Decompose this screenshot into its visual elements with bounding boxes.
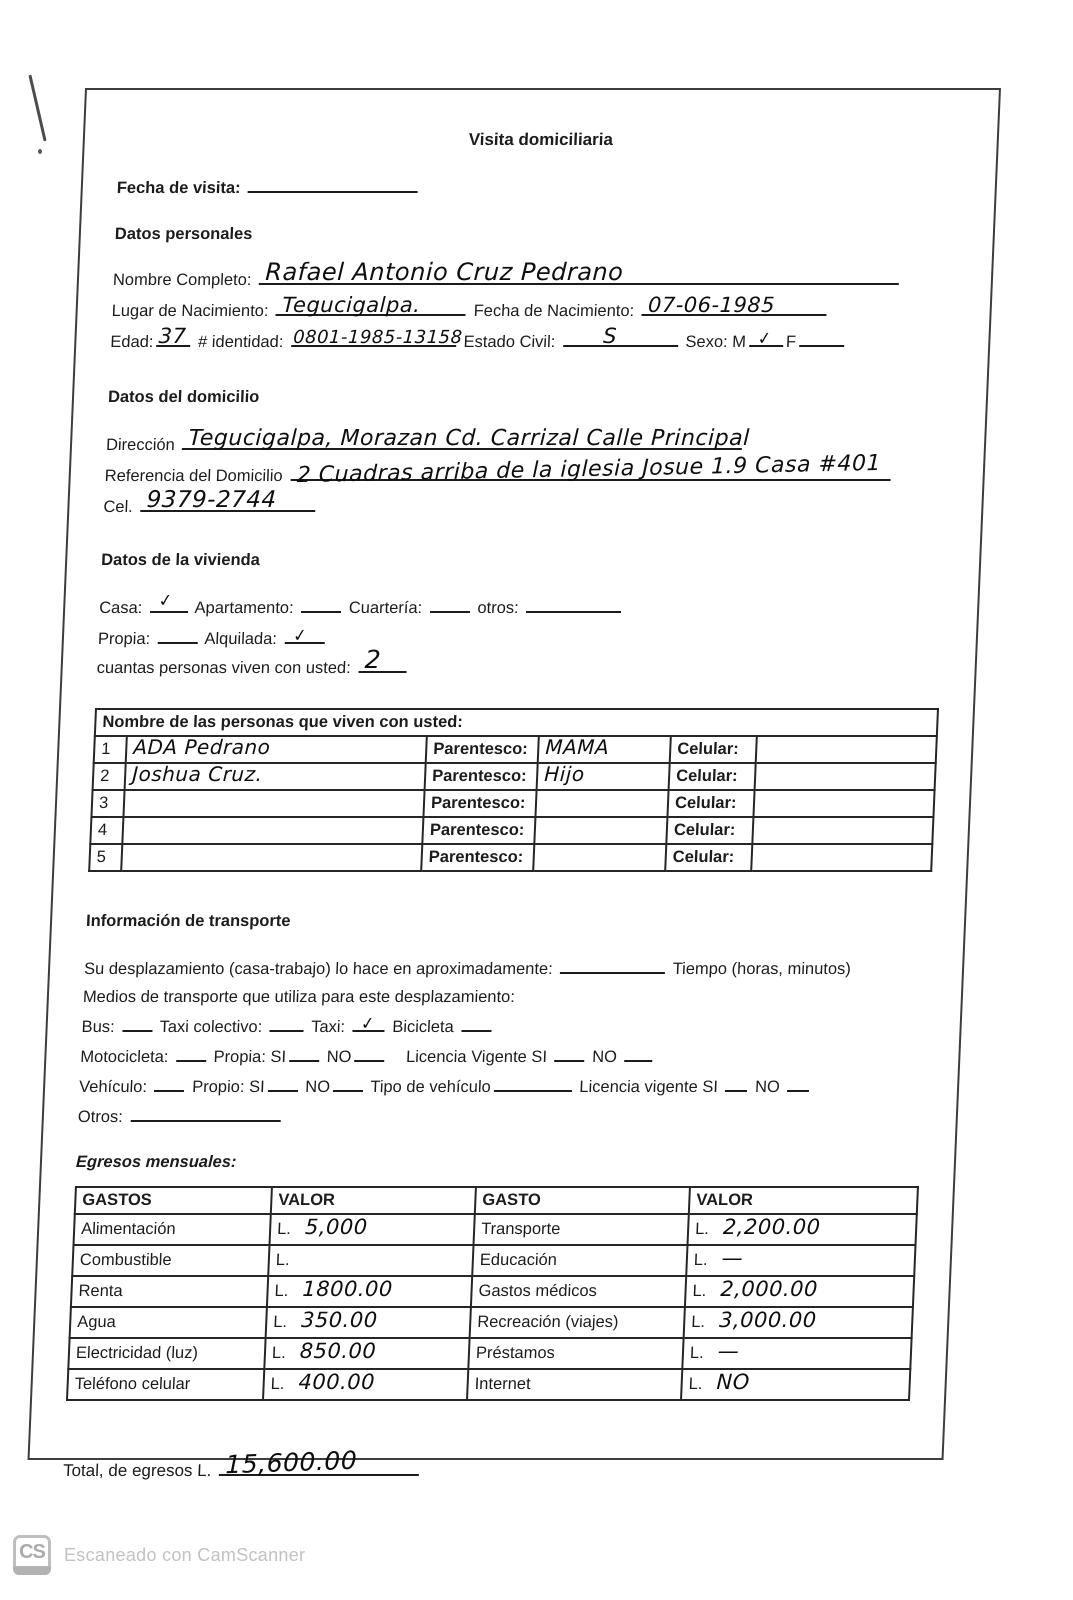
egresos-valor-cell: L.400.00 [263, 1369, 468, 1400]
desplazamiento-blank [560, 957, 666, 974]
total-egresos-line: Total, de egresos L. 15,600.00 [63, 1459, 908, 1481]
egresos-valor2-cell-handwriting: — [718, 1346, 740, 1356]
vehiculo-propio-si-label: Propio: SI [192, 1078, 265, 1096]
propia-blank [158, 627, 199, 644]
parentesco-value-cell [534, 817, 667, 844]
sexo-m-blank: ✓ [749, 330, 784, 347]
household-name-cell: Joshua Cruz. [125, 763, 426, 790]
nombre-blank: Rafael Antonio Cruz Pedrano [259, 268, 900, 285]
lugar-value: Tegucigalpa. [282, 293, 421, 317]
parentesco-label: Parentesco: [423, 790, 536, 817]
egresos-valor2-cell-handwriting: 2,000.00 [720, 1284, 818, 1294]
estado-civil-blank: S [563, 330, 679, 347]
egresos-header-gasto: GASTO [475, 1187, 690, 1214]
lugar-label: Lugar de Nacimiento: [111, 302, 269, 320]
celular-value-cell [755, 763, 936, 790]
fecha-nacimiento-value: 07-06-1985 [648, 293, 776, 317]
egresos-valor2-cell: L.2,000.00 [685, 1276, 914, 1307]
egresos-gasto-cell: Teléfono celular [67, 1369, 264, 1400]
currency-prefix: L. [694, 1251, 709, 1269]
currency-prefix: L. [690, 1344, 705, 1362]
otros-transporte-blank [130, 1105, 281, 1122]
desplazamiento-line: Su desplazamiento (casa-trabajo) lo hace… [84, 957, 929, 979]
section-egresos: Egresos mensuales: [76, 1153, 921, 1172]
egresos-gasto2-cell: Préstamos [468, 1338, 683, 1369]
referencia-value: 2 Cuadras arriba de la iglesia Josue 1.9… [296, 451, 881, 488]
direccion-blank: Tegucigalpa, Morazan Cd. Carrizal Calle … [182, 433, 743, 450]
sexo-label: Sexo: M [685, 333, 746, 351]
egresos-table: GASTOS VALOR GASTO VALOR AlimentaciónL.5… [66, 1186, 919, 1401]
parentesco-value-cell [533, 844, 666, 871]
motocicleta-blank [176, 1045, 207, 1062]
cel-line: Cel. 9379-2744 [103, 495, 948, 517]
egresos-gasto2-cell: Internet [467, 1369, 682, 1400]
household-name-cell-handwriting: Joshua Cruz. [132, 768, 263, 780]
moto-licencia-label: Licencia Vigente SI [406, 1048, 548, 1066]
tipo-vivienda-line: Casa: ✓ Apartamento: Cuartería: otros: [99, 596, 944, 618]
estado-civil-label: Estado Civil: [463, 333, 555, 351]
egresos-gasto2-cell: Transporte [474, 1214, 689, 1245]
household-row-number: 1 [94, 736, 127, 763]
egresos-valor-cell: L.850.00 [264, 1338, 469, 1369]
egresos-gasto2-cell: Gastos médicos [471, 1276, 686, 1307]
celular-label: Celular: [667, 790, 754, 817]
celular-value-cell [753, 790, 934, 817]
total-egresos-blank: 15,600.00 [219, 1459, 420, 1476]
parentesco-label: Parentesco: [426, 736, 539, 763]
household-name-cell [121, 844, 422, 871]
household-row-number: 2 [93, 763, 126, 790]
identidad-value: 0801-1985-13158 [293, 327, 463, 348]
identidad-label: # identidad: [198, 333, 284, 351]
propia-label: Propia: [98, 630, 151, 648]
egresos-header-row: GASTOS VALOR GASTO VALOR [75, 1187, 918, 1214]
edad-blank: 37 [156, 330, 191, 347]
casa-label: Casa: [99, 599, 143, 617]
personas-value: 2 [364, 645, 382, 674]
vehiculo-no-blank [333, 1075, 364, 1092]
household-row: 2Joshua Cruz.Parentesco:HijoCelular: [93, 763, 936, 790]
celular-value-cell [756, 736, 937, 763]
otros-vivienda-blank [526, 596, 622, 613]
egresos-valor2-cell: L.3,000.00 [684, 1307, 913, 1338]
egresos-gasto2-cell: Educación [472, 1245, 687, 1276]
form-title: Visita domiciliaria [118, 130, 963, 150]
taxi-colectivo-blank [270, 1015, 305, 1032]
moto-licencia-si-blank [554, 1045, 585, 1062]
celular-label: Celular: [666, 817, 753, 844]
egresos-gasto2-cell: Recreación (viajes) [470, 1307, 685, 1338]
otros-transporte-label: Otros: [77, 1108, 123, 1126]
total-egresos-value: 15,600.00 [225, 1446, 357, 1480]
moto-licencia-no-blank [624, 1045, 653, 1062]
household-row-number: 4 [90, 817, 123, 844]
vehiculo-licencia-no-blank [787, 1075, 810, 1092]
fecha-visita-label: Fecha de visita: [116, 179, 241, 197]
vehiculo-line: Vehículo: Propio: SI NO Tipo de vehículo… [79, 1075, 924, 1097]
currency-prefix: L. [270, 1375, 285, 1393]
parentesco-value-cell: Hijo [537, 763, 670, 790]
egresos-valor2-cell-handwriting: 3,000.00 [719, 1315, 817, 1325]
edad-label: Edad: [110, 333, 154, 351]
camscanner-icon: CS [13, 1535, 51, 1575]
moto-licencia-no-label: NO [592, 1048, 618, 1066]
egresos-row: Teléfono celularL.400.00InternetL.NO [67, 1369, 910, 1400]
celular-label: Celular: [670, 736, 757, 763]
egresos-valor2-cell: L.— [686, 1245, 915, 1276]
bus-blank [122, 1015, 153, 1032]
currency-prefix: L. [688, 1375, 703, 1393]
bicicleta-blank [461, 1015, 492, 1032]
paper-shadow-artifact [0, 0, 32, 214]
sexo-f-label: F [786, 333, 797, 351]
moto-si-blank [289, 1045, 320, 1062]
section-info-transporte: Información de transporte [86, 912, 931, 931]
taxi-blank: ✓ [352, 1015, 385, 1032]
motocicleta-line: Motocicleta: Propia: SI NO Licencia Vige… [80, 1045, 925, 1067]
vehiculo-licencia-label: Licencia vigente SI [579, 1078, 718, 1096]
fecha-visita-line: Fecha de visita: [116, 176, 961, 198]
nombre-value: Rafael Antonio Cruz Pedrano [265, 258, 624, 286]
tipo-vehiculo-blank [494, 1075, 573, 1092]
pen-clip-artifact [28, 75, 46, 142]
desplazamiento-label: Su desplazamiento (casa-trabajo) lo hace… [84, 960, 553, 978]
cel-label: Cel. [103, 498, 133, 516]
currency-prefix: L. [273, 1313, 288, 1331]
otros-transporte-line: Otros: [77, 1105, 922, 1127]
nombre-line: Nombre Completo: Rafael Antonio Cruz Ped… [113, 268, 958, 290]
taxi-colectivo-label: Taxi colectivo: [159, 1018, 262, 1036]
casa-check: ✓ [157, 590, 173, 612]
vehiculo-no-label: NO [305, 1078, 331, 1096]
vehiculo-licencia-no-label: NO [755, 1078, 781, 1096]
moto-propia-si-label: Propia: SI [213, 1048, 286, 1066]
camscanner-icon-bar [13, 1566, 51, 1575]
total-egresos-label: Total, de egresos L. [63, 1461, 212, 1480]
currency-prefix: L. [692, 1282, 707, 1300]
egresos-header-valor1: VALOR [271, 1187, 476, 1214]
otros-vivienda-label: otros: [477, 599, 519, 617]
referencia-label: Referencia del Domicilio [104, 467, 283, 485]
egresos-valor-cell: L. [268, 1245, 473, 1276]
fecha-nacimiento-label: Fecha de Nacimiento: [473, 302, 634, 320]
referencia-blank: 2 Cuadras arriba de la iglesia Josue 1.9… [290, 464, 891, 481]
egresos-row: AguaL.350.00Recreación (viajes)L.3,000.0… [70, 1307, 913, 1338]
celular-value-cell [751, 844, 932, 871]
apartamento-blank [301, 596, 342, 613]
vehiculo-blank [154, 1075, 185, 1092]
cuarteria-label: Cuartería: [348, 599, 422, 617]
egresos-row: AlimentaciónL.5,000TransporteL.2,200.00 [74, 1214, 917, 1245]
sexo-f-blank [799, 330, 845, 347]
edad-identidad-line: Edad:37 # identidad: 0801-1985-13158 Est… [110, 330, 955, 352]
edad-value: 37 [158, 324, 187, 348]
egresos-valor-cell: L.5,000 [270, 1214, 475, 1245]
currency-prefix: L. [277, 1220, 292, 1238]
referencia-line: Referencia del Domicilio 2 Cuadras arrib… [104, 464, 949, 486]
personas-line: cuantas personas viven con usted: 2 [96, 656, 941, 678]
parentesco-value-cell [535, 790, 668, 817]
currency-prefix: L. [276, 1251, 291, 1269]
parentesco-label: Parentesco: [422, 817, 535, 844]
egresos-header-gastos: GASTOS [75, 1187, 272, 1214]
camscanner-footer: CS Escaneado con CamScanner [13, 1535, 305, 1575]
parentesco-label: Parentesco: [421, 844, 534, 871]
parentesco-value-cell-handwriting: Hijo [544, 768, 585, 780]
alquilada-check: ✓ [292, 625, 308, 647]
parentesco-label: Parentesco: [425, 763, 538, 790]
personas-blank: 2 [358, 656, 407, 673]
cel-blank: 9379-2744 [140, 495, 316, 512]
currency-prefix: L. [274, 1282, 289, 1300]
alquilada-blank: ✓ [284, 627, 325, 644]
egresos-gasto-cell: Electricidad (luz) [68, 1338, 265, 1369]
section-datos-domicilio: Datos del domicilio [108, 388, 953, 407]
cuarteria-blank [430, 596, 471, 613]
egresos-gasto-cell: Alimentación [74, 1214, 271, 1245]
cel-value: 9379-2744 [146, 487, 277, 513]
household-name-cell: ADA Pedrano [126, 736, 427, 763]
celular-label: Celular: [669, 763, 756, 790]
moto-no-label: NO [326, 1048, 352, 1066]
apartamento-label: Apartamento: [194, 599, 294, 617]
bus-label: Bus: [81, 1018, 115, 1036]
egresos-valor-cell: L.1800.00 [267, 1276, 472, 1307]
egresos-valor2-cell-handwriting: — [722, 1253, 744, 1263]
egresos-valor2-cell: L.— [682, 1338, 911, 1369]
egresos-valor2-cell: L.NO [681, 1369, 910, 1400]
egresos-row: Electricidad (luz)L.850.00PréstamosL.— [68, 1338, 911, 1369]
egresos-gasto-cell: Agua [70, 1307, 267, 1338]
celular-label: Celular: [665, 844, 752, 871]
egresos-row: CombustibleL.EducaciónL.— [72, 1245, 915, 1276]
camscanner-text: Escaneado con CamScanner [64, 1545, 305, 1566]
egresos-valor-cell-handwriting: 350.00 [301, 1315, 378, 1325]
vehiculo-si-blank [267, 1075, 298, 1092]
egresos-valor-cell: L.350.00 [266, 1307, 471, 1338]
egresos-valor2-cell-handwriting: 2,200.00 [723, 1222, 821, 1232]
household-name-cell [122, 817, 423, 844]
nombre-label: Nombre Completo: [113, 271, 252, 289]
household-row: 1ADA PedranoParentesco:MAMACelular: [94, 736, 937, 763]
celular-value-cell [752, 817, 933, 844]
household-row-number: 5 [89, 844, 122, 871]
lugar-blank: Tegucigalpa. [276, 299, 467, 316]
currency-prefix: L. [691, 1313, 706, 1331]
scanned-form-page: Visita domiciliaria Fecha de visita: Dat… [27, 88, 1001, 1460]
motocicleta-label: Motocicleta: [80, 1048, 169, 1066]
alquilada-label: Alquilada: [204, 630, 277, 648]
currency-prefix: L. [695, 1220, 710, 1238]
ink-dot-artifact [38, 149, 42, 154]
egresos-valor2-cell: L.2,200.00 [688, 1214, 917, 1245]
household-table: Nombre de las personas que viven con ust… [88, 708, 939, 872]
bicicleta-label: Bicicleta [392, 1018, 454, 1036]
taxi-label: Taxi: [311, 1018, 346, 1036]
personas-label: cuantas personas viven con usted: [96, 659, 351, 677]
household-table-header-row: Nombre de las personas que viven con ust… [95, 709, 938, 736]
household-row: 5Parentesco:Celular: [89, 844, 932, 871]
egresos-valor-cell-handwriting: 5,000 [305, 1222, 368, 1232]
section-datos-personales: Datos personales [114, 225, 959, 244]
household-row: 3Parentesco:Celular: [91, 790, 934, 817]
lugar-nacimiento-line: Lugar de Nacimiento: Tegucigalpa. Fecha … [111, 299, 956, 321]
parentesco-value-cell: MAMA [538, 736, 671, 763]
household-name-cell-handwriting: ADA Pedrano [133, 741, 271, 753]
household-name-cell [123, 790, 424, 817]
direccion-value: Tegucigalpa, Morazan Cd. Carrizal Calle … [188, 426, 750, 451]
household-row: 4Parentesco:Celular: [90, 817, 933, 844]
sexo-m-check: ✓ [756, 328, 772, 350]
vehiculo-licencia-si-blank [725, 1075, 748, 1092]
egresos-valor-cell-handwriting: 850.00 [300, 1346, 377, 1356]
casa-blank: ✓ [150, 596, 189, 613]
fecha-visita-blank [248, 176, 419, 193]
egresos-valor-cell-handwriting: 400.00 [298, 1377, 375, 1387]
vehiculo-label: Vehículo: [79, 1078, 148, 1096]
egresos-header-valor2: VALOR [689, 1187, 918, 1214]
propia-alquilada-line: Propia: Alquilada: ✓ [97, 627, 942, 649]
egresos-gasto-cell: Renta [71, 1276, 268, 1307]
bus-taxi-line: Bus: Taxi colectivo: Taxi: ✓ Bicicleta [81, 1015, 926, 1037]
parentesco-value-cell-handwriting: MAMA [545, 741, 609, 753]
identidad-blank: 0801-1985-13158 [291, 330, 457, 347]
egresos-row: RentaL.1800.00Gastos médicosL.2,000.00 [71, 1276, 914, 1307]
household-table-header: Nombre de las personas que viven con ust… [95, 709, 938, 736]
taxi-check: ✓ [360, 1013, 376, 1035]
egresos-valor2-cell-handwriting: NO [716, 1377, 750, 1387]
fecha-nacimiento-blank: 07-06-1985 [642, 299, 828, 316]
section-datos-vivienda: Datos de la vivienda [101, 551, 946, 570]
medios-line: Medios de transporte que utiliza para es… [82, 988, 927, 1007]
direccion-label: Dirección [106, 436, 176, 454]
household-row-number: 3 [91, 790, 124, 817]
tipo-vehiculo-label: Tipo de vehículo [370, 1078, 491, 1096]
moto-no-blank [354, 1045, 385, 1062]
currency-prefix: L. [272, 1344, 287, 1362]
tiempo-label: Tiempo (horas, minutos) [672, 960, 851, 978]
egresos-valor-cell-handwriting: 1800.00 [302, 1284, 393, 1294]
estado-civil-value: S [603, 324, 618, 348]
egresos-gasto-cell: Combustible [72, 1245, 269, 1276]
